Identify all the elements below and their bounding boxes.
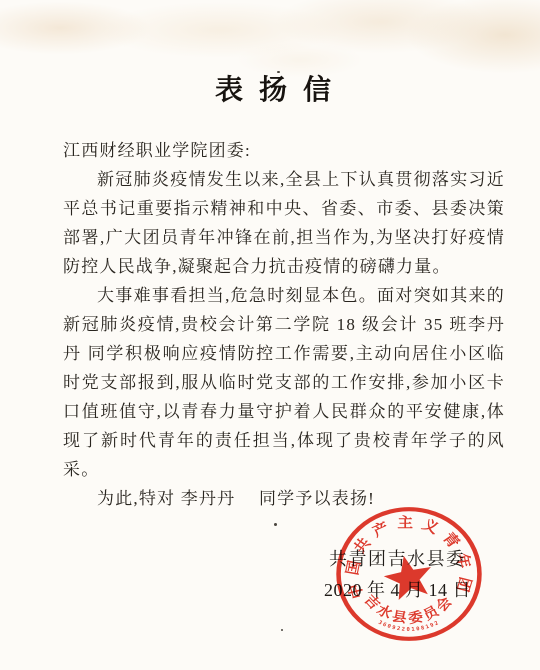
seal-name-text: 吉水县委员会 [361,592,458,627]
official-seal: 中国共产主义青年团 吉水县委员会 3609220108192 [334,505,484,643]
scan-artifact-dot [274,523,277,526]
letter-title: 表扬信 [0,68,540,108]
paragraph-1: 新冠肺炎疫情发生以来,全县上下认真贯彻落实习近平总书记重要指示精神和中央、省委、… [63,165,505,281]
letter-body: 江西财经职业学院团委: 新冠肺炎疫情发生以来,全县上下认真贯彻落实习近平总书记重… [63,136,505,513]
star-icon [380,551,437,601]
paragraph-2: 大事难事看担当,危急时刻显本色。面对突如其来的新冠肺炎疫情,贵校会计第二学院 1… [63,281,505,484]
salutation-line: 江西财经职业学院团委: [63,136,505,165]
scan-artifact-dot [281,629,283,631]
commendation-letter-page: 表扬信 江西财经职业学院团委: 新冠肺炎疫情发生以来,全县上下认真贯彻落实习近平… [0,0,540,670]
scan-artifact-dot [277,71,280,73]
